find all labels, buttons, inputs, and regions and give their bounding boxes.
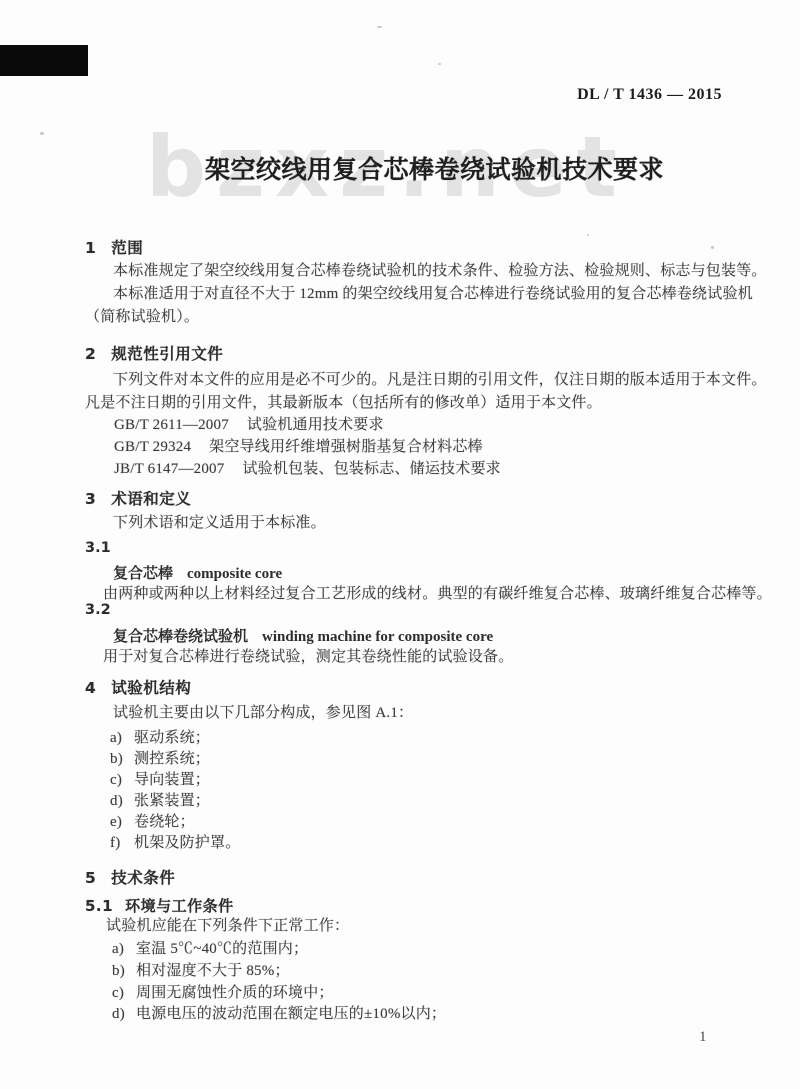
list-item: c)周围无腐蚀性介质的环境中； [112, 984, 334, 1002]
paragraph: （简称试验机）。 [85, 308, 199, 326]
list-item: d)电源电压的波动范围在额定电压的±10%以内； [112, 1005, 446, 1023]
reference-name: 架空导线用纤维增强树脂基复合材料芯棒 [209, 439, 483, 455]
paragraph: 试验机主要由以下几部分构成，参见图 A.1： [113, 704, 413, 722]
term-line: 复合芯棒composite core [113, 562, 282, 583]
section-number: 5.1 [85, 897, 113, 915]
list-item: e)卷绕轮； [110, 813, 195, 831]
reference-code: GB/T 29324 [114, 439, 191, 455]
list-text: 室温 5℃~40℃的范围内； [136, 941, 308, 957]
section-number: 5 [85, 869, 96, 887]
list-text: 电源电压的波动范围在额定电压的±10%以内； [136, 1006, 446, 1022]
section-title: 术语和定义 [111, 490, 191, 508]
section-title: 规范性引用文件 [111, 345, 223, 363]
paragraph: 试验机应能在下列条件下正常工作： [106, 917, 349, 935]
list-item: a)驱动系统； [110, 729, 210, 747]
section-5-heading: 5技术条件 [85, 866, 175, 888]
list-text: 相对湿度不大于 85%； [136, 963, 290, 979]
list-item: d)张紧装置； [110, 792, 210, 810]
list-text: 测控系统； [134, 751, 210, 767]
doc-number: DL / T 1436 — 2015 [577, 86, 722, 104]
document-page: DL / T 1436 — 2015 bzxz.net 架空绞线用复合芯棒卷绕试… [0, 0, 800, 1089]
section-title: 试验机结构 [111, 679, 191, 697]
section-title: 环境与工作条件 [125, 897, 234, 915]
reference-item: GB/T 2611—2007试验机通用技术要求 [114, 416, 384, 434]
scan-speck [711, 246, 714, 249]
list-item: a)室温 5℃~40℃的范围内； [112, 940, 308, 958]
paragraph: 下列术语和定义适用于本标准。 [113, 514, 326, 532]
list-marker: b) [110, 750, 134, 768]
scan-speck [587, 234, 589, 236]
section-number: 4 [85, 679, 96, 697]
list-marker: a) [110, 729, 134, 747]
list-item: c)导向装置； [110, 771, 210, 789]
list-text: 卷绕轮； [134, 814, 195, 830]
scan-speck [438, 63, 441, 65]
section-3-heading: 3术语和定义 [85, 487, 191, 509]
term-en: composite core [187, 566, 282, 582]
reference-name: 试验机包装、包装标志、储运技术要求 [242, 461, 500, 477]
list-item: b)测控系统； [110, 750, 210, 768]
section-number: 1 [85, 239, 96, 257]
list-marker: d) [112, 1005, 136, 1023]
paragraph: 下列文件对本文件的应用是必不可少的。凡是注日期的引用文件，仅注日期的版本适用于本… [113, 371, 767, 389]
scan-speck [377, 26, 382, 28]
paragraph: 凡是不注日期的引用文件，其最新版本（包括所有的修改单）适用于本文件。 [85, 394, 602, 412]
list-item: b)相对湿度不大于 85%； [112, 962, 290, 980]
term-line: 复合芯棒卷绕试验机winding machine for composite c… [113, 625, 493, 646]
term-definition: 由两种或两种以上材料经过复合工艺形成的线材。典型的有碳纤维复合芯棒、玻璃纤维复合… [103, 585, 772, 603]
list-text: 张紧装置； [134, 793, 210, 809]
list-marker: e) [110, 813, 134, 831]
reference-item: JB/T 6147—2007试验机包装、包装标志、储运技术要求 [114, 460, 501, 478]
section-1-heading: 1范围 [85, 236, 143, 258]
reference-code: GB/T 2611—2007 [114, 417, 229, 433]
term-cn: 复合芯棒卷绕试验机 [113, 627, 248, 645]
term-number: 3.1 [85, 540, 111, 556]
page-title: 架空绞线用复合芯棒卷绕试验机技术要求 [205, 150, 664, 186]
list-item: f)机架及防护罩。 [110, 834, 240, 852]
page-number: 1 [699, 1029, 707, 1046]
section-4-heading: 4试验机结构 [85, 676, 191, 698]
section-title: 范围 [111, 239, 143, 257]
term-definition: 用于对复合芯棒进行卷绕试验，测定其卷绕性能的试验设备。 [103, 648, 513, 666]
reference-item: GB/T 29324架空导线用纤维增强树脂基复合材料芯棒 [114, 438, 483, 456]
list-marker: f) [110, 834, 134, 852]
term-en: winding machine for composite core [262, 629, 493, 645]
paragraph: 本标准适用于对直径不大于 12mm 的架空绞线用复合芯棒进行卷绕试验用的复合芯棒… [113, 285, 753, 303]
term-number: 3.2 [85, 602, 111, 618]
scan-speck [40, 132, 44, 135]
paragraph: 本标准规定了架空绞线用复合芯棒卷绕试验机的技术条件、检验方法、检验规则、标志与包… [113, 262, 767, 280]
reference-name: 试验机通用技术要求 [247, 417, 384, 433]
section-number: 2 [85, 345, 96, 363]
section-5-1-heading: 5.1环境与工作条件 [85, 895, 234, 916]
list-text: 驱动系统； [134, 730, 210, 746]
list-marker: d) [110, 792, 134, 810]
list-text: 周围无腐蚀性介质的环境中； [136, 985, 334, 1001]
term-cn: 复合芯棒 [113, 564, 173, 582]
section-2-heading: 2规范性引用文件 [85, 342, 223, 364]
scan-artifact-bar [0, 45, 88, 76]
list-text: 机架及防护罩。 [134, 835, 240, 851]
section-title: 技术条件 [111, 869, 175, 887]
list-marker: a) [112, 940, 136, 958]
list-marker: b) [112, 962, 136, 980]
section-number: 3 [85, 490, 96, 508]
list-marker: c) [110, 771, 134, 789]
reference-code: JB/T 6147—2007 [114, 461, 224, 477]
list-text: 导向装置； [134, 772, 210, 788]
list-marker: c) [112, 984, 136, 1002]
